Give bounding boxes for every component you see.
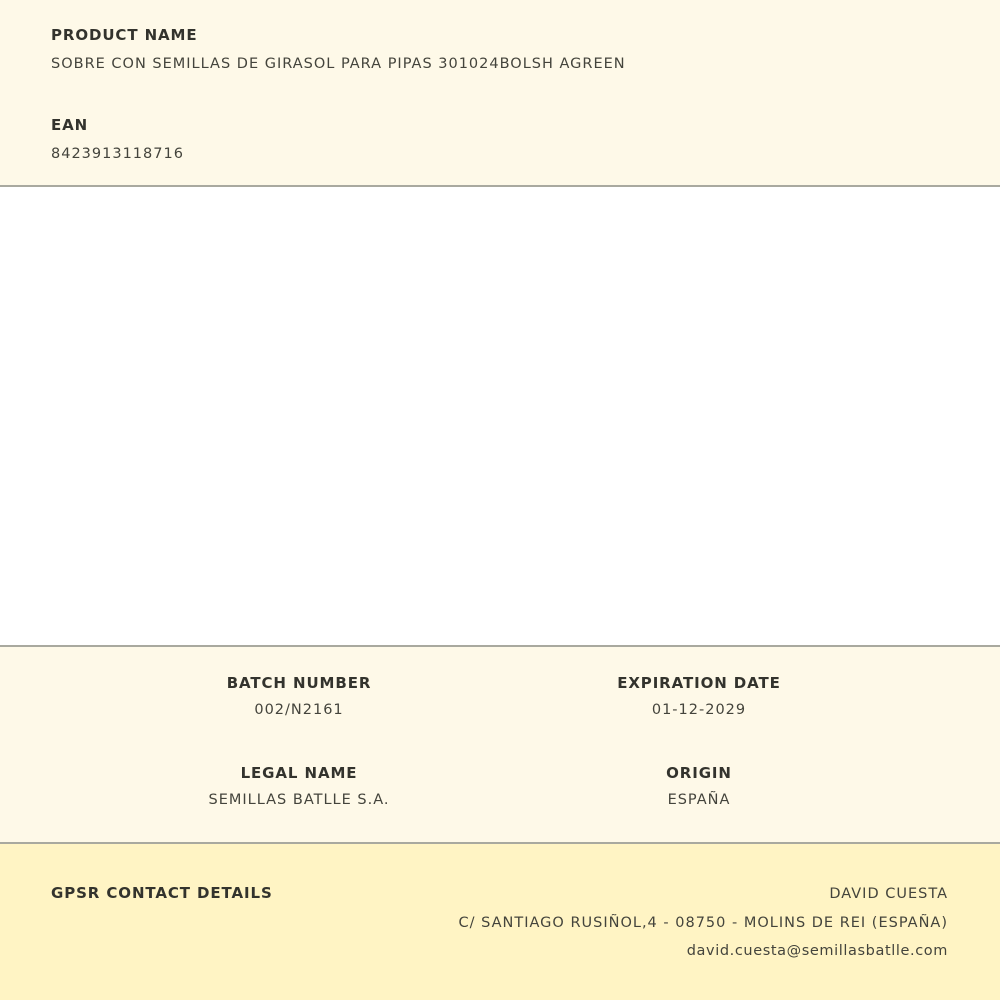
ean-value: 8423913118716 [51, 146, 184, 162]
legal-name-label: LEGAL NAME [99, 764, 499, 782]
ean-label: EAN [51, 116, 88, 134]
origin-cell: ORIGIN ESPAÑA [499, 764, 899, 808]
expiration-date-value: 01-12-2029 [499, 702, 899, 718]
product-name-label: PRODUCT NAME [51, 26, 198, 44]
gpsr-contact-block: DAVID CUESTA C/ SANTIAGO RUSIÑOL,4 - 087… [459, 884, 948, 965]
batch-number-label: BATCH NUMBER [99, 674, 499, 692]
batch-number-cell: BATCH NUMBER 002/N2161 [99, 674, 499, 718]
legal-name-value: SEMILLAS BATLLE S.A. [99, 792, 499, 808]
expiration-date-cell: EXPIRATION DATE 01-12-2029 [499, 674, 899, 718]
product-name-value: SOBRE CON SEMILLAS DE GIRASOL PARA PIPAS… [51, 56, 626, 72]
gpsr-contact-section: GPSR CONTACT DETAILS DAVID CUESTA C/ SAN… [0, 844, 1000, 1000]
blank-area [0, 187, 1000, 645]
contact-email[interactable]: david.cuesta@semillasbatlle.com [459, 937, 948, 965]
batch-number-value: 002/N2161 [99, 702, 499, 718]
expiration-date-label: EXPIRATION DATE [499, 674, 899, 692]
origin-value: ESPAÑA [499, 792, 899, 808]
product-info-section: PRODUCT NAME SOBRE CON SEMILLAS DE GIRAS… [0, 0, 1000, 185]
legal-name-cell: LEGAL NAME SEMILLAS BATLLE S.A. [99, 764, 499, 808]
gpsr-title: GPSR CONTACT DETAILS [51, 884, 273, 902]
contact-address: C/ SANTIAGO RUSIÑOL,4 - 08750 - MOLINS D… [459, 909, 948, 937]
product-details-grid: BATCH NUMBER 002/N2161 EXPIRATION DATE 0… [0, 647, 1000, 842]
contact-name: DAVID CUESTA [459, 884, 948, 904]
origin-label: ORIGIN [499, 764, 899, 782]
